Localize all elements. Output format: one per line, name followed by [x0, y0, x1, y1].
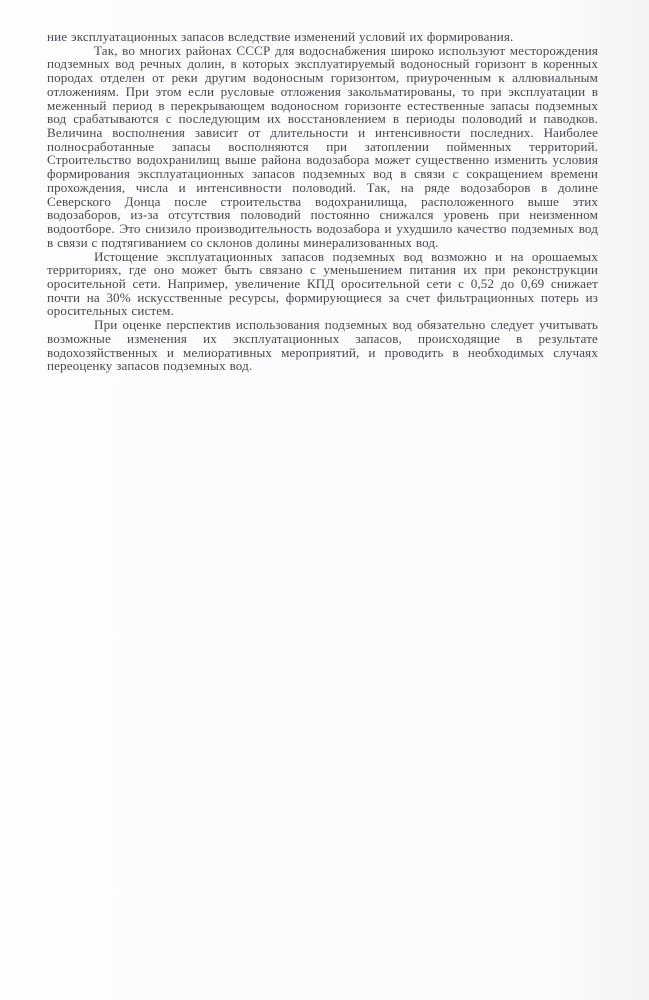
paragraph-irrigated-territories: Истощение эксплуатационных запасов подзе…: [47, 250, 598, 319]
paragraph-reassessment: При оценке перспектив использования подз…: [47, 318, 598, 373]
scanned-page: ние эксплуатационных запасов вследствие …: [0, 0, 649, 1000]
paragraph-river-valley-deposits: Так, во многих районах СССР для водоснаб…: [47, 44, 598, 250]
body-text: ние эксплуатационных запасов вследствие …: [47, 30, 598, 373]
paragraph-continuation: ние эксплуатационных запасов вследствие …: [47, 30, 598, 44]
